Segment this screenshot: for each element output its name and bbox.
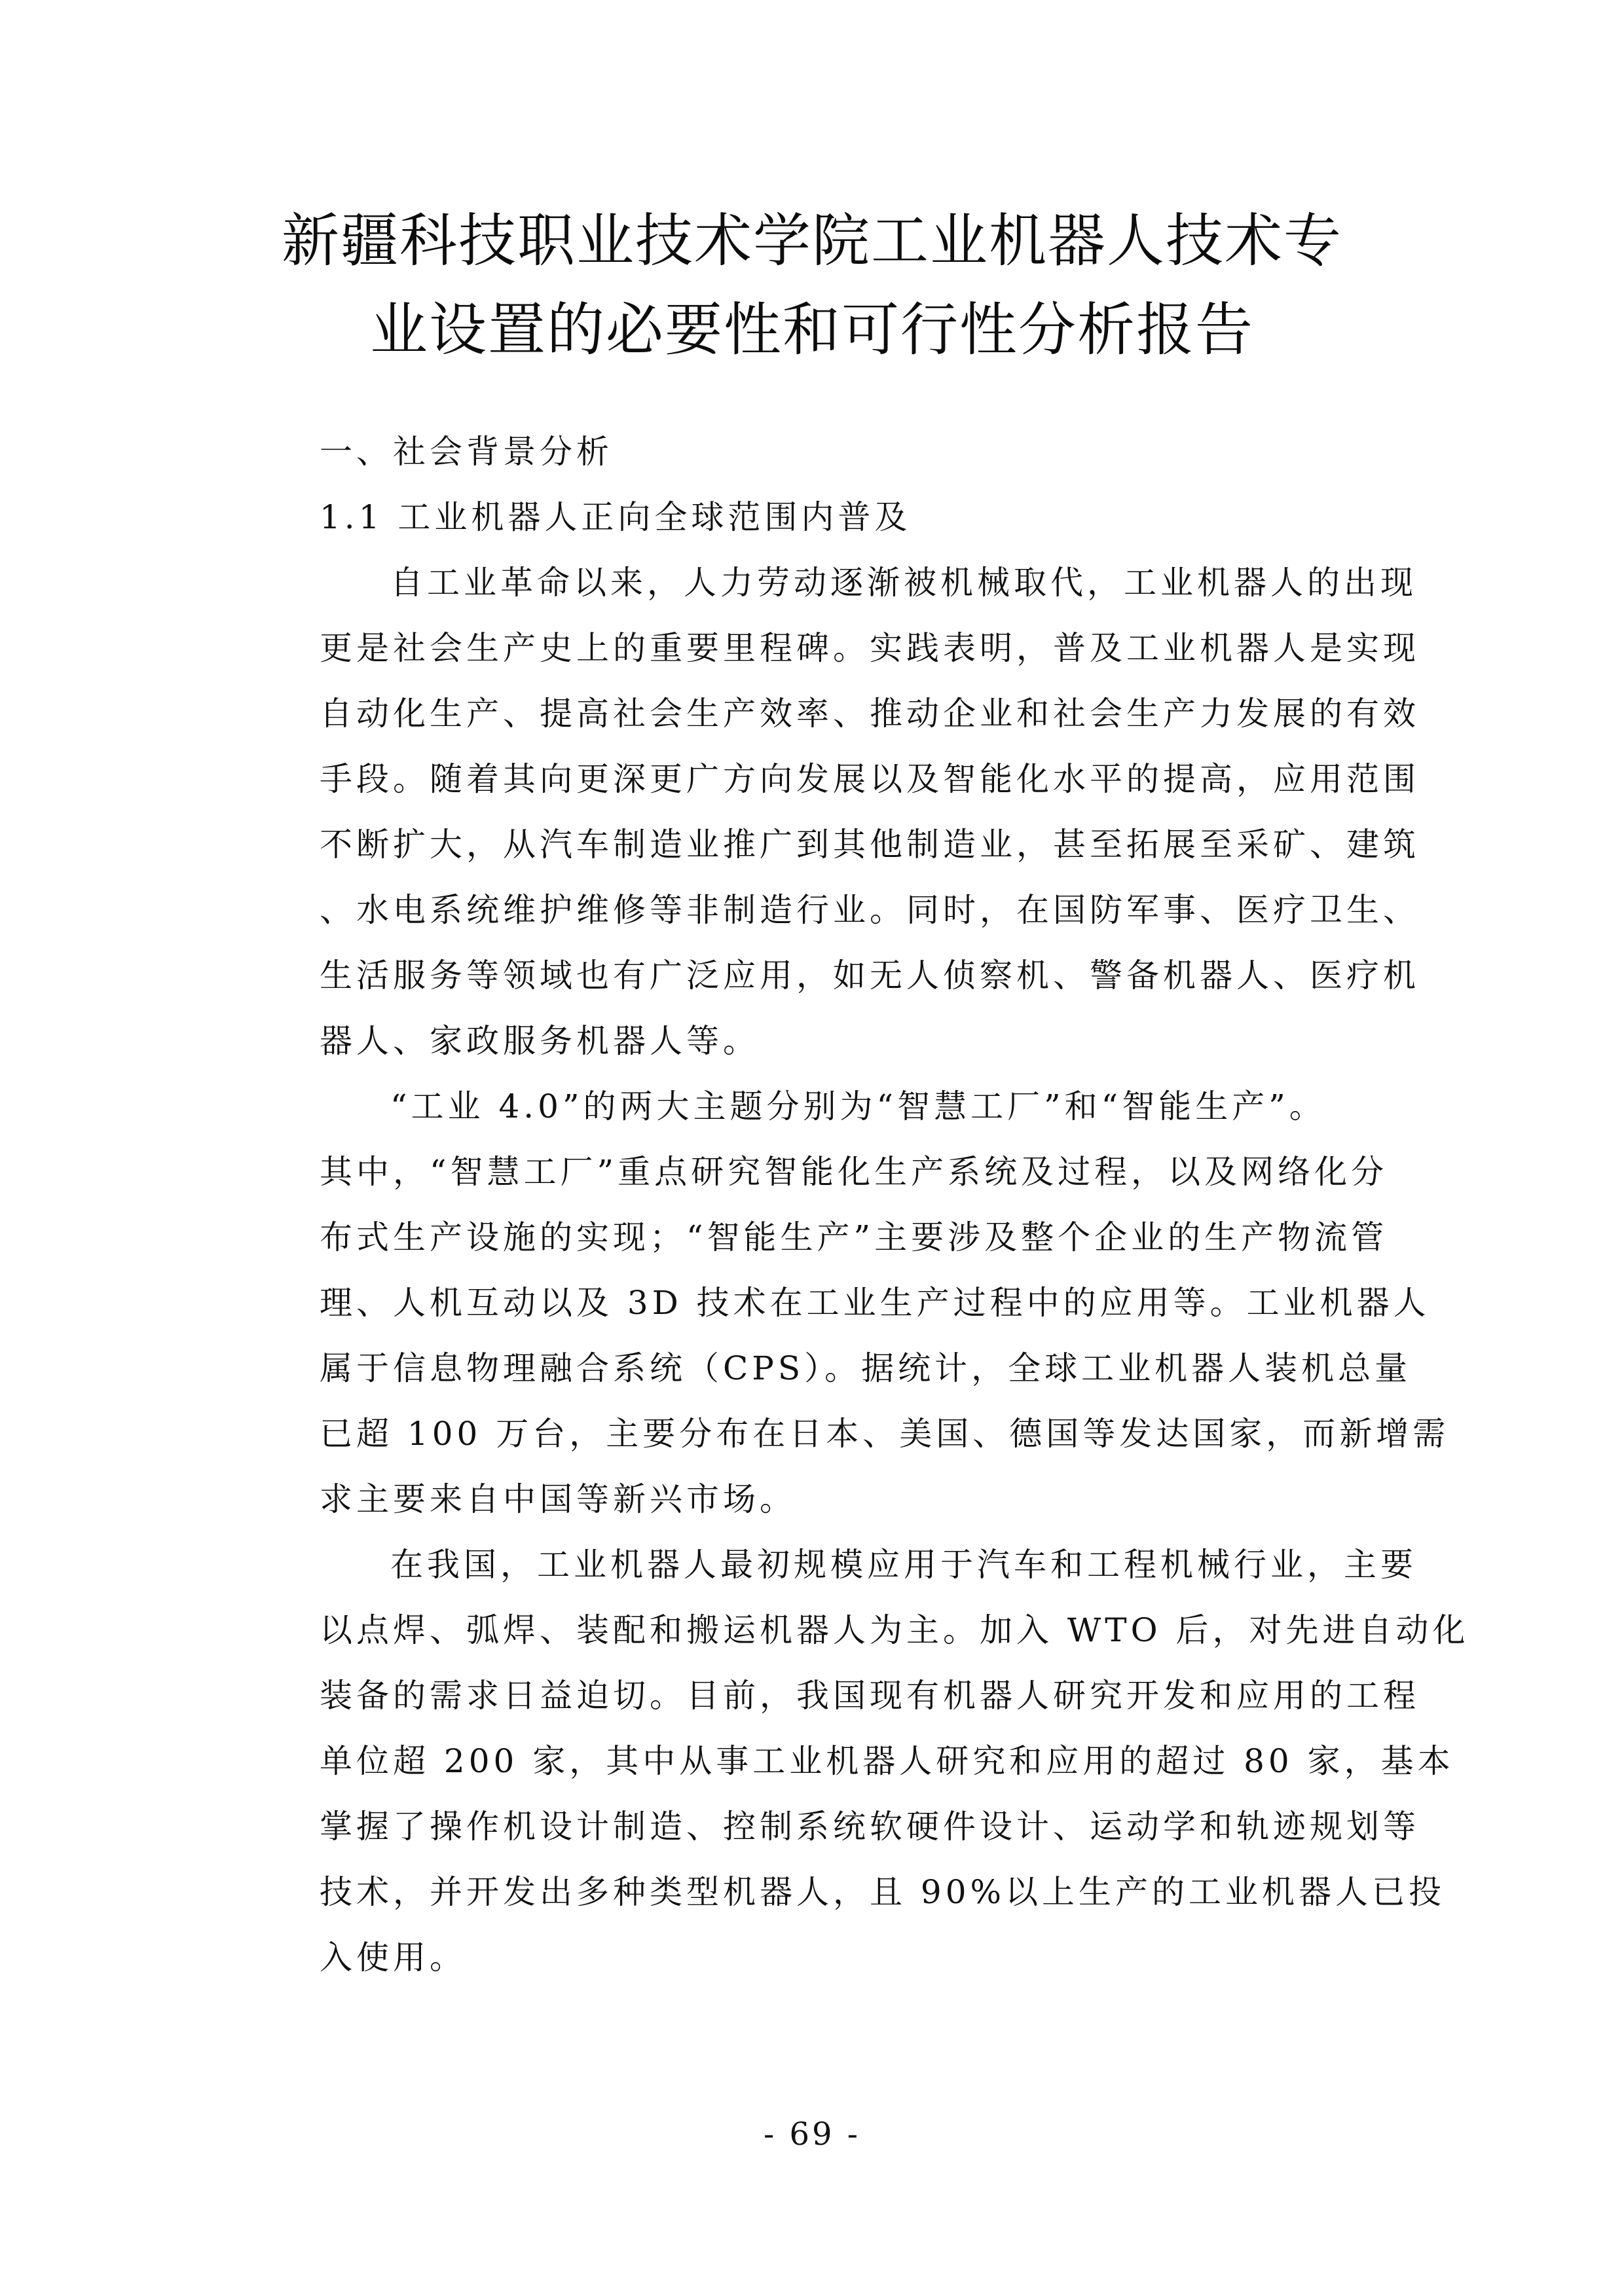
paragraph-line: 自工业革命以来，人力劳动逐渐被机械取代，工业机器人的出现 <box>249 550 1375 615</box>
paragraph-line: 自动化生产、提高社会生产效率、推动企业和社会生产力发展的有效 <box>249 681 1375 746</box>
paragraph-line: 入使用。 <box>249 1925 1375 1990</box>
paragraph-line: 以点焊、弧焊、装配和搬运机器人为主。加入 WTO 后，对先进自动化 <box>249 1597 1375 1663</box>
page-number: - 69 - <box>0 2115 1624 2154</box>
paragraph-line: 布式生产设施的实现；“智能生产”主要涉及整个企业的生产物流管 <box>249 1205 1375 1270</box>
paragraph-3: 在我国，工业机器人最初规模应用于汽车和工程机械行业，主要 以点焊、弧焊、装配和搬… <box>249 1532 1375 1990</box>
paragraph-line: “工业 4.0”的两大主题分别为“智慧工厂”和“智能生产”。 <box>249 1074 1375 1139</box>
paragraph-line: 更是社会生产史上的重要里程碑。实践表明，普及工业机器人是实现 <box>249 615 1375 681</box>
paragraph-line: 器人、家政服务机器人等。 <box>249 1008 1375 1074</box>
subsection-heading: 1.1 工业机器人正向全球范围内普及 <box>249 484 1375 550</box>
paragraph-line: 理、人机互动以及 3D 技术在工业生产过程中的应用等。工业机器人 <box>249 1270 1375 1336</box>
paragraph-line: 不断扩大，从汽车制造业推广到其他制造业，甚至拓展至采矿、建筑 <box>249 812 1375 877</box>
title-line-2: 业设置的必要性和可行性分析报告 <box>196 285 1428 374</box>
title-line-1: 新疆科技职业技术学院工业机器人技术专 <box>196 196 1428 285</box>
document-title: 新疆科技职业技术学院工业机器人技术专 业设置的必要性和可行性分析报告 <box>196 196 1428 374</box>
paragraph-line: 掌握了操作机设计制造、控制系统软硬件设计、运动学和轨迹规划等 <box>249 1794 1375 1859</box>
paragraph-1: 自工业革命以来，人力劳动逐渐被机械取代，工业机器人的出现 更是社会生产史上的重要… <box>249 550 1375 1074</box>
paragraph-line: 手段。随着其向更深更广方向发展以及智能化水平的提高，应用范围 <box>249 746 1375 812</box>
paragraph-line: 技术，并开发出多种类型机器人，且 90%以上生产的工业机器人已投 <box>249 1859 1375 1925</box>
paragraph-line: 属于信息物理融合系统（CPS）。据统计，全球工业机器人装机总量 <box>249 1336 1375 1401</box>
document-page: 新疆科技职业技术学院工业机器人技术专 业设置的必要性和可行性分析报告 一、社会背… <box>0 0 1624 2296</box>
paragraph-2: “工业 4.0”的两大主题分别为“智慧工厂”和“智能生产”。 其中，“智慧工厂”… <box>249 1074 1375 1532</box>
paragraph-line: 其中，“智慧工厂”重点研究智能化生产系统及过程，以及网络化分 <box>249 1139 1375 1205</box>
paragraph-line: 求主要来自中国等新兴市场。 <box>249 1467 1375 1532</box>
paragraph-line: 装备的需求日益迫切。目前，我国现有机器人研究开发和应用的工程 <box>249 1663 1375 1728</box>
paragraph-line: 、水电系统维护维修等非制造行业。同时，在国防军事、医疗卫生、 <box>249 877 1375 943</box>
paragraph-line: 已超 100 万台，主要分布在日本、美国、德国等发达国家，而新增需 <box>249 1401 1375 1467</box>
section-heading: 一、社会背景分析 <box>249 419 1375 484</box>
paragraph-line: 单位超 200 家，其中从事工业机器人研究和应用的超过 80 家，基本 <box>249 1728 1375 1794</box>
paragraph-line: 生活服务等领域也有广泛应用，如无人侦察机、警备机器人、医疗机 <box>249 943 1375 1008</box>
document-body: 一、社会背景分析 1.1 工业机器人正向全球范围内普及 自工业革命以来，人力劳动… <box>249 419 1375 1990</box>
paragraph-line: 在我国，工业机器人最初规模应用于汽车和工程机械行业，主要 <box>249 1532 1375 1597</box>
